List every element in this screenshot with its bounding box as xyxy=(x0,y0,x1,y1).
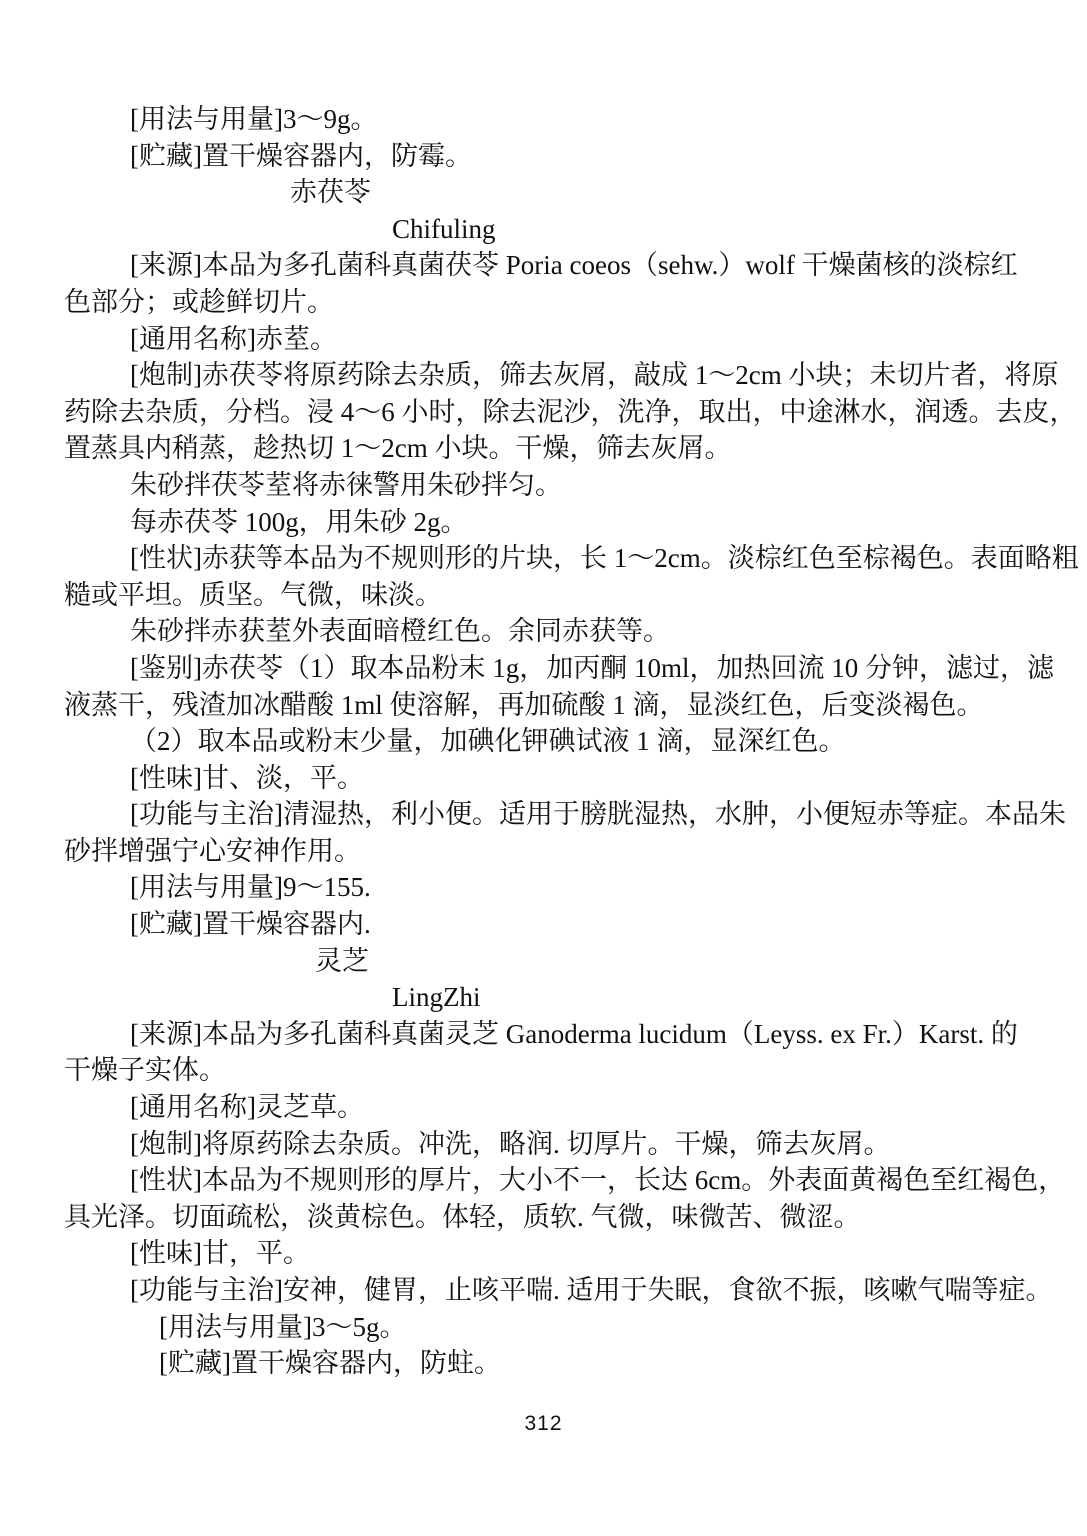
section-title-lingzhi-pinyin: LingZhi xyxy=(64,979,1054,1016)
line-identification: [鉴别]赤茯苓（1）取本品粉末 1g，加丙酮 10ml，加热回流 10 分钟，滤… xyxy=(64,650,1054,687)
line-source-lz-cont: 干燥子实体。 xyxy=(64,1052,1054,1089)
line-cinnabar-surface: 朱砂拌赤获荎外表面暗橙红色。余同赤获等。 xyxy=(64,613,1054,650)
line-common-name-lz: [通用名称]灵芝草。 xyxy=(64,1089,1054,1126)
line-processing: [炮制]赤茯苓将原药除去杂质，筛去灰屑，敲成 1～2cm 小块；未切片者，将原 xyxy=(64,357,1054,394)
line-properties: [性状]赤获等本品为不规则形的片块，长 1～2cm。淡棕红色至棕褐色。表面略粗 xyxy=(64,540,1054,577)
line-processing-cont-1: 药除去杂质，分档。浸 4～6 小时，除去泥沙，洗净，取出，中途淋水，润透。去皮， xyxy=(64,394,1054,431)
line-usage-dosage-2: [用法与用量]9～155. xyxy=(64,869,1054,906)
line-cinnabar-mix: 朱砂拌茯苓荎将赤徕警用朱砂拌匀。 xyxy=(64,467,1054,504)
section-title-lingzhi-cn: 灵芝 xyxy=(64,943,1054,980)
line-storage: [贮藏]置干燥容器内，防霉。 xyxy=(64,138,1054,175)
section-title-chifuling-cn: 赤茯苓 xyxy=(64,174,1054,211)
line-taste: [性味]甘、淡，平。 xyxy=(64,760,1054,797)
line-properties-lz: [性状]本品为不规则形的厚片，大小不一，长达 6cm。外表面黄褐色至红褐色， xyxy=(64,1162,1054,1199)
line-processing-lz: [炮制]将原药除去杂质。冲洗，略润. 切厚片。干燥，筛去灰屑。 xyxy=(64,1126,1054,1163)
line-properties-cont: 糙或平坦。质坚。气微，味淡。 xyxy=(64,577,1054,614)
line-functions: [功能与主治]清湿热，利小便。适用于膀胱湿热，水肿，小便短赤等症。本品朱 xyxy=(64,796,1054,833)
line-functions-cont: 砂拌增强宁心安神作用。 xyxy=(64,833,1054,870)
line-cinnabar-ratio: 每赤茯苓 100g，用朱砂 2g。 xyxy=(64,504,1054,541)
section-title-chifuling-pinyin: Chifuling xyxy=(64,211,1054,248)
line-functions-lz: [功能与主治]安神，健胃，止咳平喘. 适用于失眠，食欲不振，咳嗽气喘等症。 xyxy=(64,1272,1054,1309)
line-identification-2: （2）取本品或粉末少量，加碘化钾碘试液 1 滴，显深红色。 xyxy=(64,723,1054,760)
line-source: [来源]本品为多孔菌科真菌茯苓 Poria coeos（sehw.）wolf 干… xyxy=(64,247,1054,284)
page-number: 312 xyxy=(0,1412,1087,1436)
line-identification-cont: 液蒸干，残渣加冰醋酸 1ml 使溶解，再加硫酸 1 滴，显淡红色，后变淡褐色。 xyxy=(64,687,1054,724)
line-processing-cont-2: 置蒸具内稍蒸，趁热切 1～2cm 小块。干燥，筛去灰屑。 xyxy=(64,430,1054,467)
line-storage-2: [贮藏]置干燥容器内. xyxy=(64,906,1054,943)
document-body: [用法与用量]3～9g。[贮藏]置干燥容器内，防霉。赤茯苓Chifuling[来… xyxy=(64,101,1054,1382)
line-storage-lz: [贮藏]置干燥容器内，防蛀。 xyxy=(64,1345,1054,1382)
line-usage-dosage-lz: [用法与用量]3～5g。 xyxy=(64,1309,1054,1346)
line-source-cont: 色部分；或趁鲜切片。 xyxy=(64,284,1054,321)
line-common-name: [通用名称]赤荎。 xyxy=(64,321,1054,358)
line-properties-lz-cont: 具光泽。切面疏松，淡黄棕色。体轻，质软. 气微，味微苦、微涩。 xyxy=(64,1199,1054,1236)
line-source-lz: [来源]本品为多孔菌科真菌灵芝 Ganoderma lucidum（Leyss.… xyxy=(64,1016,1054,1053)
line-usage-dosage: [用法与用量]3～9g。 xyxy=(64,101,1054,138)
line-taste-lz: [性味]甘，平。 xyxy=(64,1235,1054,1272)
document-page: [用法与用量]3～9g。[贮藏]置干燥容器内，防霉。赤茯苓Chifuling[来… xyxy=(0,0,1087,1536)
